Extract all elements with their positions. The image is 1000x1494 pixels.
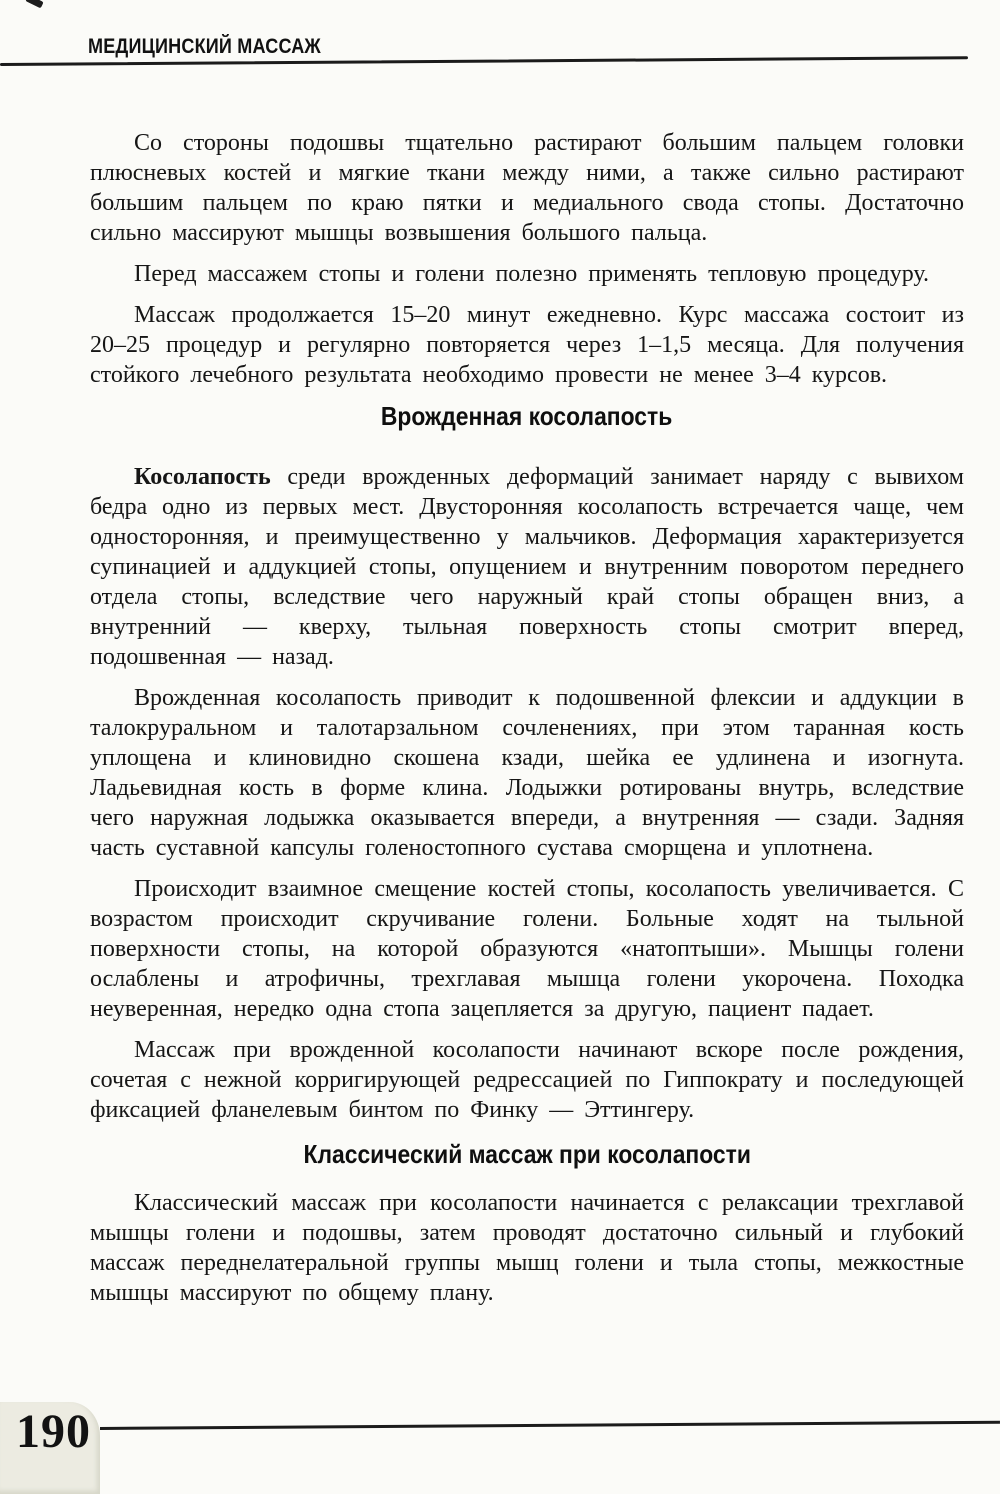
paragraph: Массаж при врожденной косолапости начина… — [90, 1035, 964, 1125]
article-body: Со стороны подошвы тщательно растирают б… — [90, 128, 964, 1319]
section-heading-classic-massage: Классический массаж при косолапости — [90, 1139, 964, 1169]
book-page: МЕДИЦИНСКИЙ МАССАЖ Со стороны подошвы тщ… — [0, 0, 1000, 1494]
paragraph: Перед массажем стопы и голени полезно пр… — [90, 259, 964, 289]
paragraph: Со стороны подошвы тщательно растирают б… — [90, 128, 964, 248]
paragraph-text: среди врожденных деформаций занимает нар… — [90, 464, 964, 670]
paragraph: Косолапость среди врожденных деформаций … — [90, 462, 964, 672]
paragraph: Массаж продолжается 15–20 минут ежедневн… — [90, 300, 964, 390]
paragraph: Происходит взаимное смещение костей стоп… — [90, 874, 964, 1024]
page-number: 190 — [16, 1406, 91, 1458]
paragraph-lead-term: Косолапость — [134, 464, 271, 490]
footer-rule — [100, 1421, 1000, 1430]
paragraph: Врожденная косолапость приводит к подошв… — [90, 683, 964, 863]
running-header-title: МЕДИЦИНСКИЙ МАССАЖ — [88, 36, 321, 57]
scan-artifact — [25, 0, 43, 8]
section-heading-congenital-clubfoot: Врожденная косолапость — [90, 401, 964, 431]
paragraph: Классический массаж при косолапости начи… — [90, 1188, 964, 1308]
